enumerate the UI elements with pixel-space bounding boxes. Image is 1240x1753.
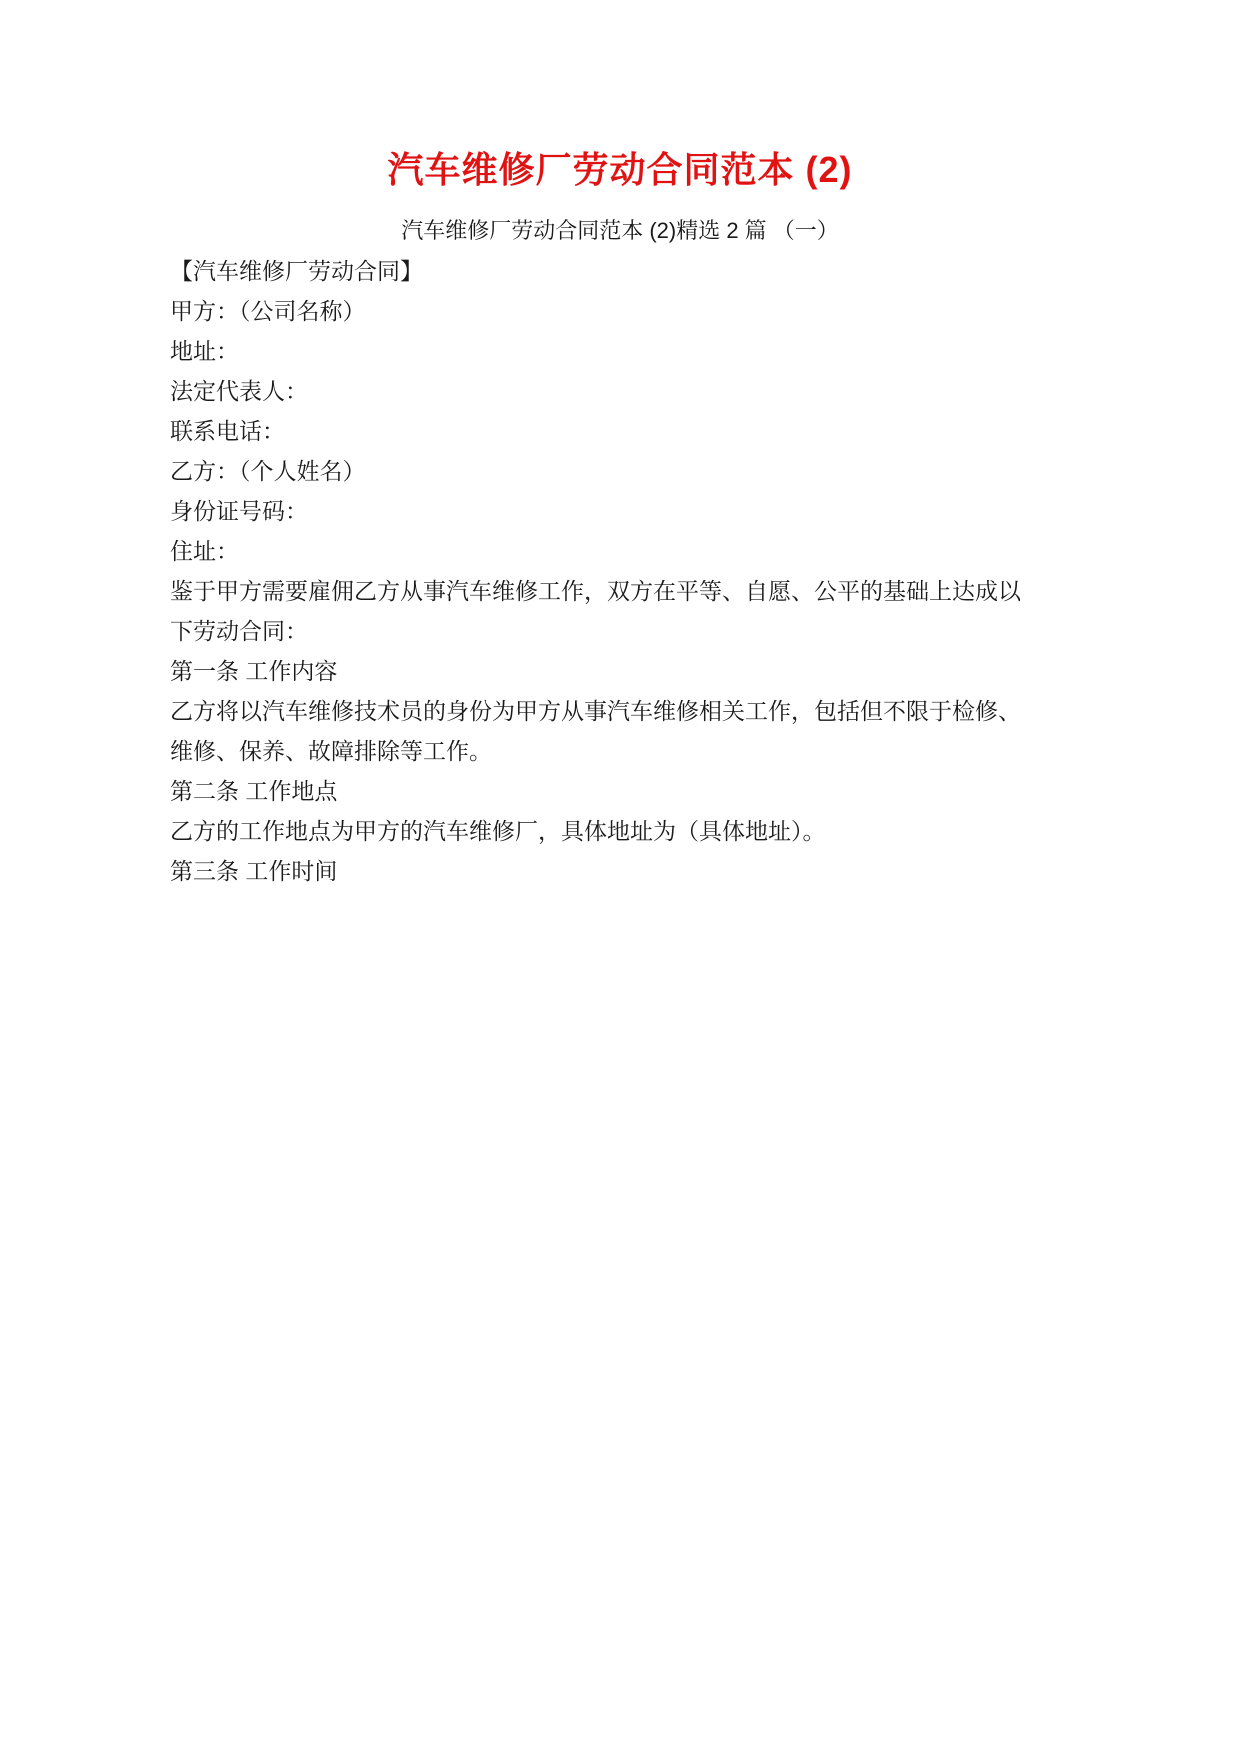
party-b-address-line: 住址： [170, 531, 1040, 571]
document-body: 【汽车维修厂劳动合同】 甲方：（公司名称） 地址： 法定代表人： 联系电话： 乙… [0, 251, 1240, 891]
document-page: 汽车维修厂劳动合同范本 (2) 汽车维修厂劳动合同范本 (2)精选 2 篇 （一… [0, 0, 1240, 1753]
page-subtitle: 汽车维修厂劳动合同范本 (2)精选 2 篇 （一） [0, 211, 1240, 251]
party-a-address-line: 地址： [170, 331, 1040, 371]
article-3-heading: 第三条 工作时间 [170, 851, 1040, 891]
article-2-heading: 第二条 工作地点 [170, 771, 1040, 811]
article-1-body: 乙方将以汽车维修技术员的身份为甲方从事汽车维修相关工作，包括但不限于检修、 维修… [170, 691, 1040, 771]
party-b-name-line: 乙方：（个人姓名） [170, 451, 1040, 491]
preamble-paragraph: 鉴于甲方需要雇佣乙方从事汽车维修工作，双方在平等、自愿、公平的基础上达成以 下劳… [170, 571, 1040, 651]
party-a-name-line: 甲方：（公司名称） [170, 291, 1040, 331]
party-a-legal-rep-line: 法定代表人： [170, 371, 1040, 411]
contract-bracket-header: 【汽车维修厂劳动合同】 [170, 251, 1040, 291]
party-b-id-line: 身份证号码： [170, 491, 1040, 531]
article-1-heading: 第一条 工作内容 [170, 651, 1040, 691]
article-2-body: 乙方的工作地点为甲方的汽车维修厂，具体地址为（具体地址）。 [170, 811, 1040, 851]
page-title: 汽车维修厂劳动合同范本 (2) [0, 150, 1240, 190]
party-a-phone-line: 联系电话： [170, 411, 1040, 451]
